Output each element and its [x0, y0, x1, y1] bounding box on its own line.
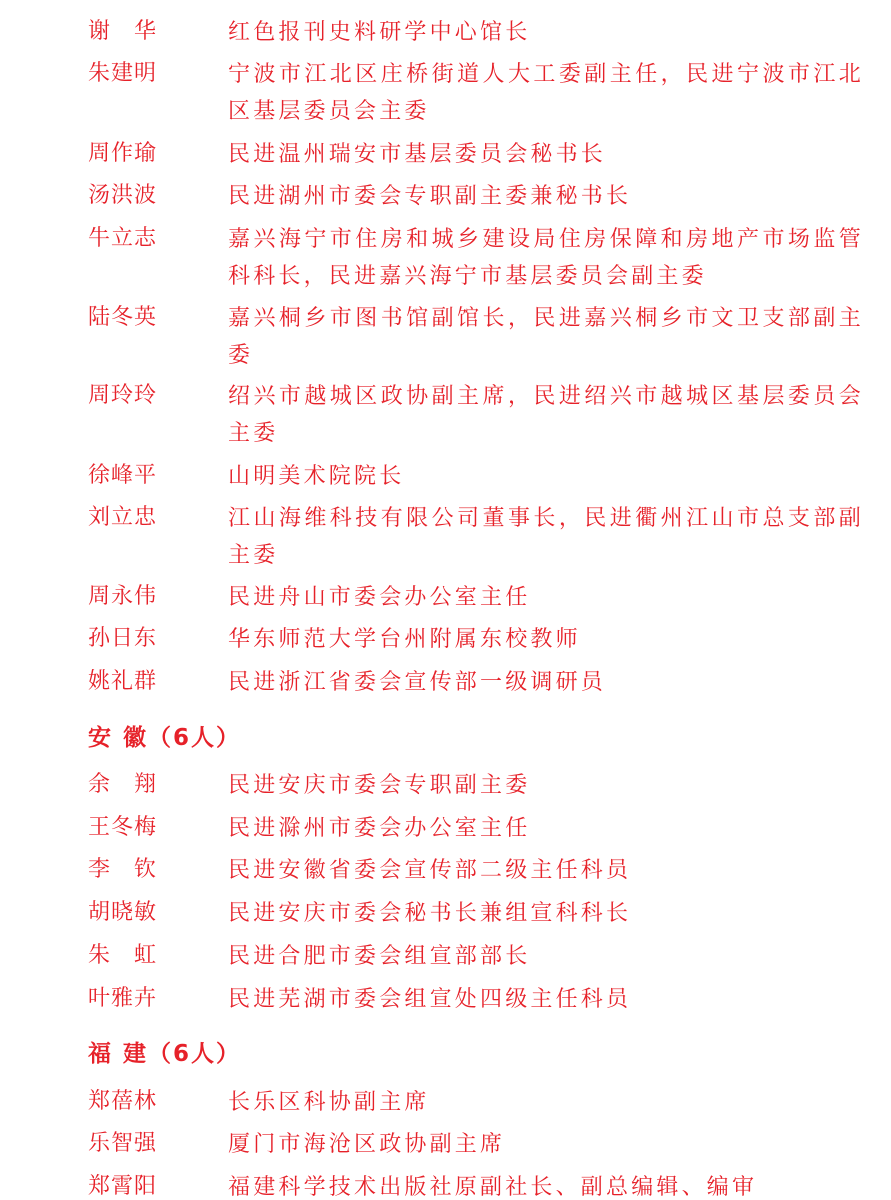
member-title: 民进合肥市委会组宣部部长: [228, 938, 864, 975]
section-heading-fujian: 福 建（6人）: [88, 1036, 241, 1072]
member-title: 绍兴市越城区政协副主席，民进绍兴市越城区基层委员会主委: [228, 378, 864, 452]
member-title: 民进温州瑞安市基层委员会秘书长: [228, 136, 864, 173]
member-name: 周永伟: [88, 579, 218, 615]
member-name: 胡晓敏: [88, 895, 218, 931]
member-name: 牛立志: [88, 221, 218, 257]
member-name: 乐智强: [88, 1126, 218, 1162]
member-title: 嘉兴海宁市住房和城乡建设局住房保障和房地产市场监管科科长，民进嘉兴海宁市基层委员…: [228, 221, 864, 295]
member-title: 江山海维科技有限公司董事长，民进衢州江山市总支部副主委: [228, 500, 864, 574]
member-name: 王冬梅: [88, 810, 218, 846]
member-title: 民进芜湖市委会组宣处四级主任科员: [228, 981, 864, 1018]
member-title: 宁波市江北区庄桥街道人大工委副主任，民进宁波市江北区基层委员会主委: [228, 56, 864, 130]
member-name: 徐峰平: [88, 458, 218, 494]
member-title: 红色报刊史料研学中心馆长: [228, 14, 864, 51]
member-name: 谢 华: [88, 14, 218, 50]
member-title: 民进舟山市委会办公室主任: [228, 579, 864, 616]
member-name: 郑霄阳: [88, 1169, 218, 1200]
member-name: 周玲玲: [88, 378, 218, 414]
member-name: 余 翔: [88, 767, 218, 803]
member-name: 陆冬英: [88, 300, 218, 336]
member-title: 民进安庆市委会专职副主委: [228, 767, 864, 804]
member-title: 长乐区科协副主席: [228, 1084, 864, 1121]
member-title: 厦门市海沧区政协副主席: [228, 1126, 864, 1163]
member-title: 华东师范大学台州附属东校教师: [228, 621, 864, 658]
member-title: 嘉兴桐乡市图书馆副馆长，民进嘉兴桐乡市文卫支部副主委: [228, 300, 864, 374]
member-name: 周作瑜: [88, 136, 218, 172]
section-heading-anhui: 安 徽（6人）: [88, 720, 241, 756]
member-title: 民进滁州市委会办公室主任: [228, 810, 864, 847]
member-name: 汤洪波: [88, 178, 218, 214]
member-title: 民进湖州市委会专职副主委兼秘书长: [228, 178, 864, 215]
member-name: 朱 虹: [88, 938, 218, 974]
member-name: 刘立忠: [88, 500, 218, 536]
member-title: 民进浙江省委会宣传部一级调研员: [228, 664, 864, 701]
member-title: 福建科学技术出版社原副社长、副总编辑、编审: [228, 1169, 864, 1200]
member-name: 郑蓓林: [88, 1084, 218, 1120]
member-name: 姚礼群: [88, 664, 218, 700]
member-name: 叶雅卉: [88, 981, 218, 1017]
member-name: 孙日东: [88, 621, 218, 657]
member-name: 朱建明: [88, 56, 218, 92]
member-name: 李 钦: [88, 852, 218, 888]
member-title: 山明美术院院长: [228, 458, 864, 495]
member-title: 民进安徽省委会宣传部二级主任科员: [228, 852, 864, 889]
member-title: 民进安庆市委会秘书长兼组宣科科长: [228, 895, 864, 932]
